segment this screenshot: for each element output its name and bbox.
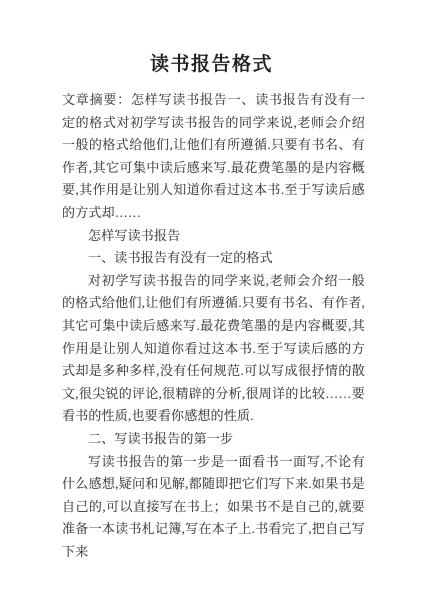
document-body: 文章摘要：怎样写读书报告一、读书报告有没有一定的格式对初学写读书报告的同学来说,…: [62, 89, 365, 563]
paragraph-heading-two: 二、写读书报告的第一步: [62, 428, 365, 451]
paragraph-heading-one: 一、读书报告有没有一定的格式: [62, 247, 365, 270]
paragraph-body-two: 写读书报告的第一步是一面看书一面写,不论有什么感想,疑问和见解,都随即把它们写下…: [62, 451, 365, 564]
paragraph-body-one: 对初学写读书报告的同学来说,老师会介绍一般的格式给他们,让他们有所遵循.只要有书…: [62, 270, 365, 428]
paragraph-abstract: 文章摘要：怎样写读书报告一、读书报告有没有一定的格式对初学写读书报告的同学来说,…: [62, 89, 365, 225]
paragraph-section-title: 怎样写读书报告: [62, 225, 365, 248]
document-page: 读书报告格式 文章摘要：怎样写读书报告一、读书报告有没有一定的格式对初学写读书报…: [0, 0, 423, 600]
document-title: 读书报告格式: [0, 0, 423, 77]
